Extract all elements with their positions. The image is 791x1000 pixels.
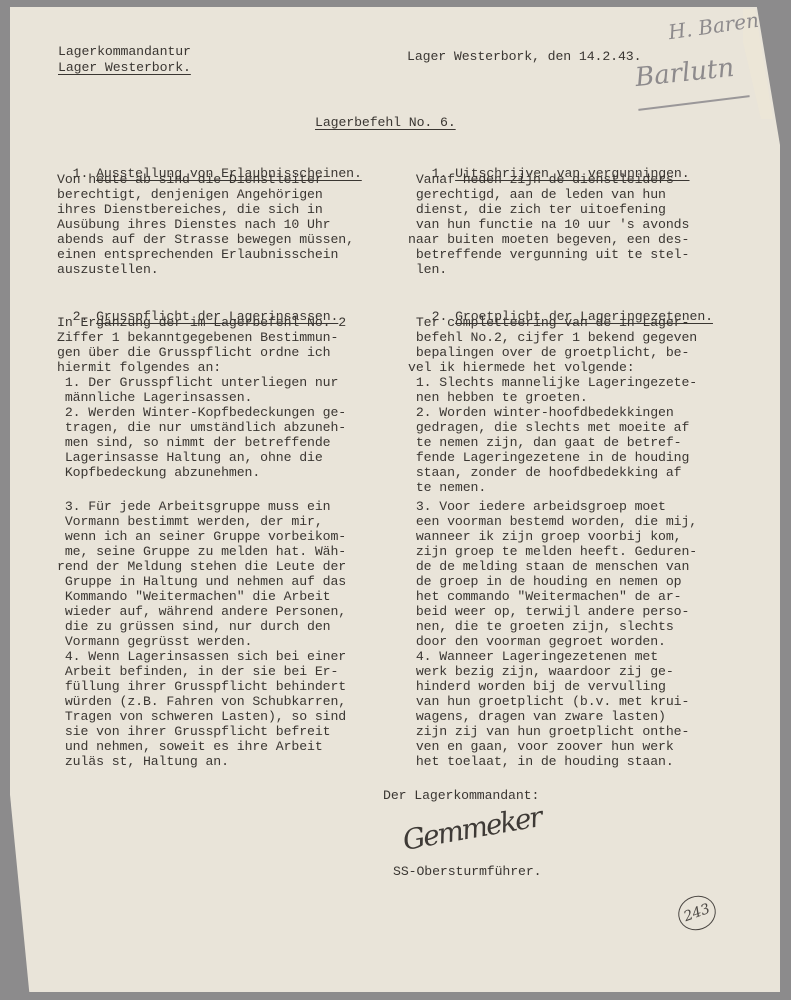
german-section-2-intro: In Ergänzung der im Lagerbefehl No. 2 Zi… [57, 315, 346, 375]
dutch-section-2-item-4: 4. Wanneer Lageringezetenen met werk bez… [408, 649, 689, 769]
page-title: Lagerbefehl No. 6. [315, 115, 456, 130]
dutch-section-2-intro: Ter completteering van de in Lager- befe… [408, 315, 697, 375]
place-date: Lager Westerbork, den 14.2.43. [407, 49, 641, 64]
german-section-1-body: Von heute ab sind die Dienstleiter berec… [57, 172, 354, 277]
signature-rank: SS-Obersturmführer. [393, 864, 541, 879]
german-section-2-item-4: 4. Wenn Lagerinsassen sich bei einer Arb… [57, 649, 346, 769]
sender-line-1: Lagerkommandantur [58, 44, 191, 59]
dutch-section-2-item-2: 2. Worden winter-hoofdbedekkingen gedrag… [408, 405, 689, 495]
dutch-section-2-item-3: 3. Voor iedere arbeidsgroep moet een voo… [408, 499, 697, 649]
signature-title: Der Lagerkommandant: [383, 788, 539, 803]
german-section-2-item-1: 1. Der Grusspflicht unterliegen nur männ… [57, 375, 338, 405]
german-section-2-item-3: 3. Für jede Arbeitsgruppe muss ein Vorma… [57, 499, 346, 649]
dutch-section-1-body: Vanaf heden zijn de dienstleiders gerech… [408, 172, 689, 277]
sender-line-2: Lager Westerbork. [58, 60, 191, 75]
dutch-section-2-item-1: 1. Slechts mannelijke Lageringezete- nen… [408, 375, 697, 405]
german-section-2-item-2: 2. Werden Winter-Kopfbedeckungen ge- tra… [57, 405, 346, 480]
